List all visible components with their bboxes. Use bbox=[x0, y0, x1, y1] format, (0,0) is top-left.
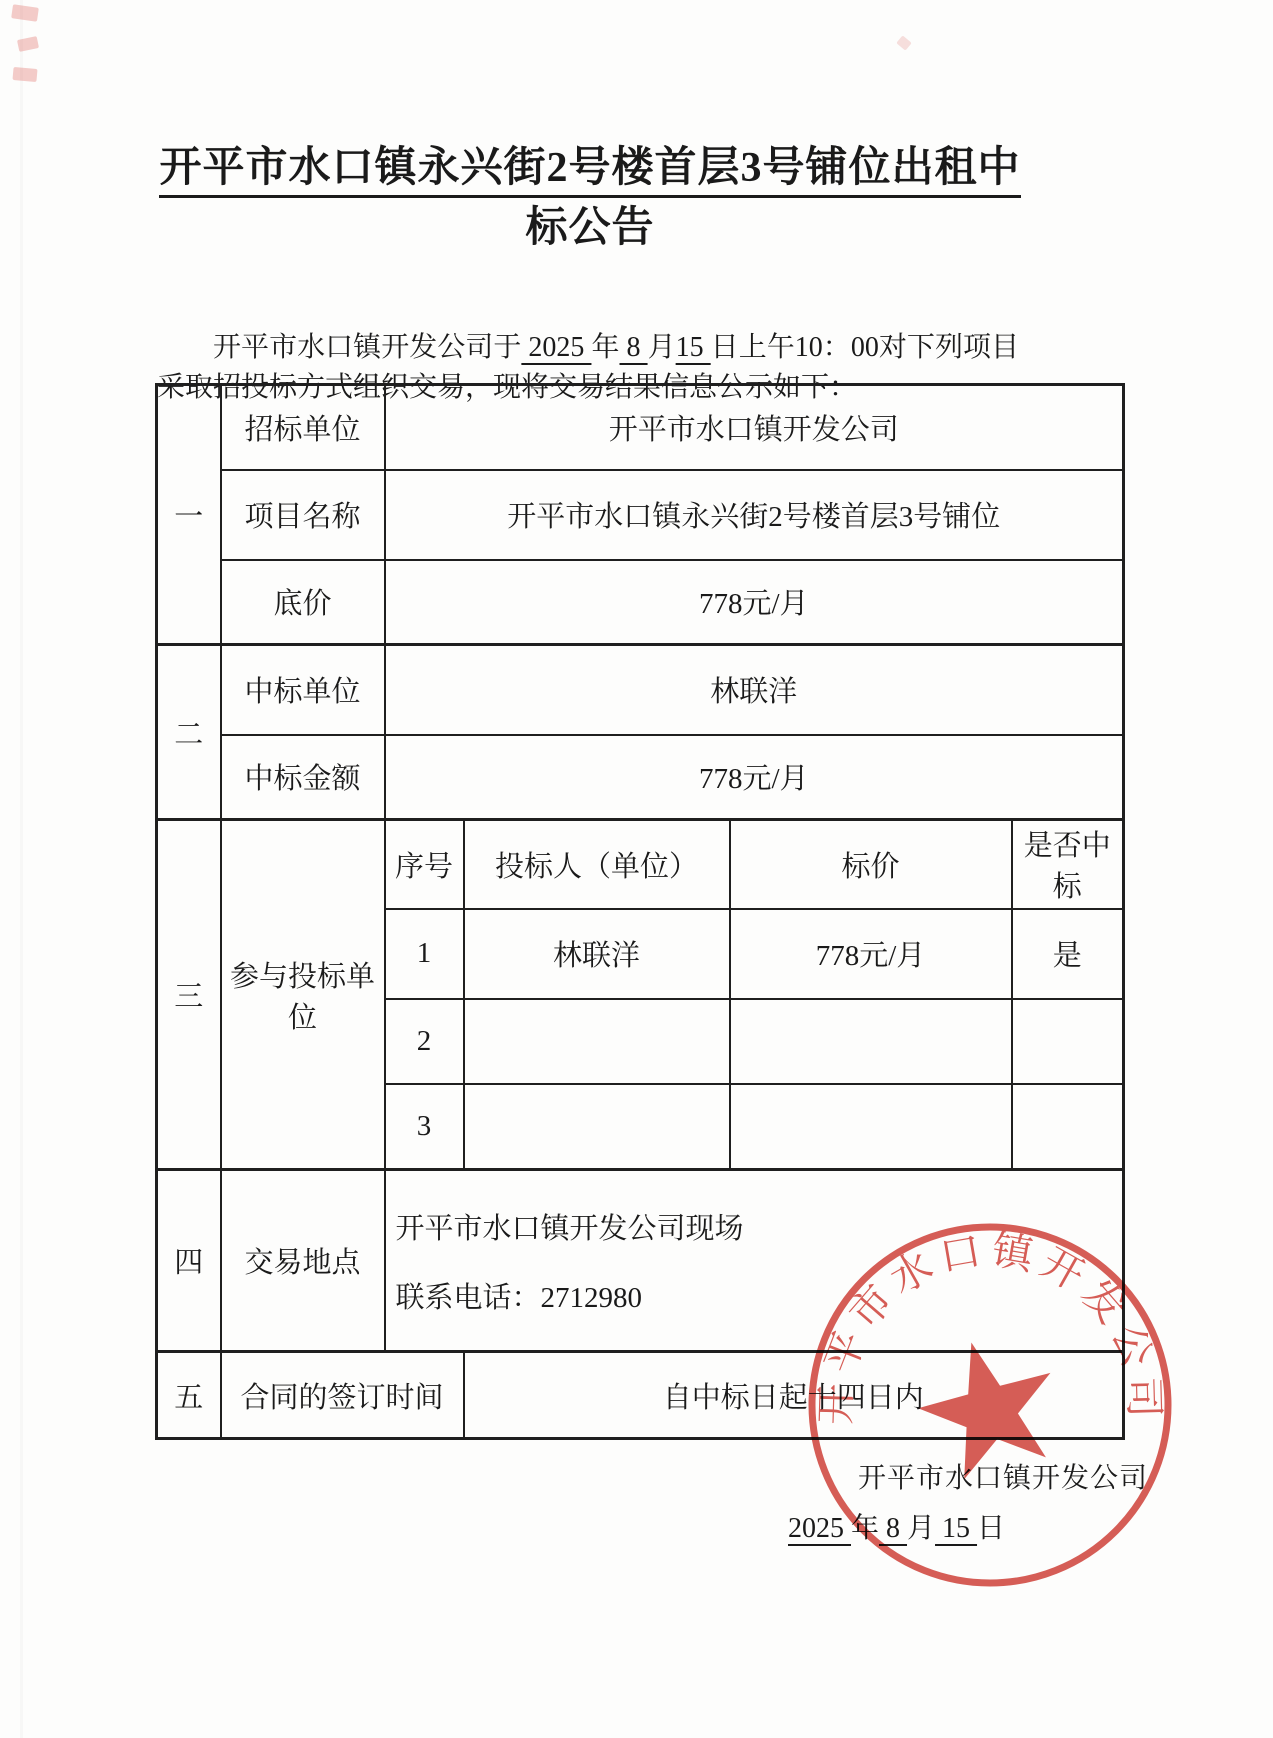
red-ink-artifact bbox=[896, 35, 912, 50]
signature-date: 2025 年 8 月 15 日 bbox=[788, 1506, 1005, 1546]
winner-label: 中标单位 bbox=[221, 645, 385, 735]
red-ink-artifact bbox=[11, 4, 39, 21]
subtable-header-no: 序号 bbox=[385, 820, 464, 909]
section-number-1: 一 bbox=[157, 385, 221, 645]
bidder-2-win bbox=[1012, 999, 1124, 1084]
table-row: 二 中标单位 林联洋 bbox=[157, 645, 1124, 735]
location-line2: 联系电话：2712980 bbox=[396, 1275, 643, 1316]
project-name-label: 项目名称 bbox=[221, 470, 385, 560]
subtable-header-price: 标价 bbox=[730, 820, 1012, 909]
table-row: 一 招标单位 开平市水口镇开发公司 bbox=[157, 385, 1124, 470]
signature-company: 开平市水口镇开发公司 bbox=[858, 1456, 1148, 1496]
red-ink-artifact bbox=[12, 67, 37, 82]
text-segment: 月 bbox=[907, 1513, 935, 1544]
text-segment: 年 bbox=[851, 1513, 879, 1544]
section-number-3: 三 bbox=[157, 820, 221, 1170]
section-number-5: 五 bbox=[157, 1352, 221, 1439]
title-line1: 开平市水口镇永兴街2号楼首层3号铺位出租中 bbox=[159, 145, 1020, 198]
title-line2: 标公告 bbox=[525, 205, 654, 251]
bid-unit-value: 开平市水口镇开发公司 bbox=[385, 385, 1124, 470]
win-amount-label: 中标金额 bbox=[221, 735, 385, 820]
underlined-segment: 15 bbox=[935, 1513, 977, 1544]
underlined-segment: 8 bbox=[620, 332, 648, 363]
bidder-2-name bbox=[464, 999, 730, 1084]
text-segment: 年 bbox=[591, 332, 619, 363]
subtable-header-win: 是否中标 bbox=[1012, 820, 1124, 909]
bidder-1-price: 778元/月 bbox=[730, 909, 1012, 999]
table-row: 项目名称 开平市水口镇永兴街2号楼首层3号铺位 bbox=[157, 470, 1124, 560]
contract-time-label: 合同的签订时间 bbox=[221, 1352, 464, 1439]
text-segment: 日 bbox=[977, 1513, 1005, 1544]
underlined-segment: 2025 bbox=[788, 1513, 851, 1544]
announcement-table: 一 招标单位 开平市水口镇开发公司 项目名称 开平市水口镇永兴街2号楼首层3号铺… bbox=[155, 383, 1125, 1440]
table-row: 底价 778元/月 bbox=[157, 560, 1124, 645]
table-row: 五 合同的签订时间 自中标日起十四日内 bbox=[157, 1352, 1124, 1439]
project-name-value: 开平市水口镇永兴街2号楼首层3号铺位 bbox=[385, 470, 1124, 560]
base-price-value: 778元/月 bbox=[385, 560, 1124, 645]
bidder-3-price bbox=[730, 1084, 1012, 1170]
win-amount-value: 778元/月 bbox=[385, 735, 1124, 820]
text-segment: 月 bbox=[648, 332, 676, 363]
location-line1: 开平市水口镇开发公司现场 bbox=[396, 1206, 744, 1247]
section-number-4: 四 bbox=[157, 1170, 221, 1352]
bidder-1-win: 是 bbox=[1012, 909, 1124, 999]
bidder-2-price bbox=[730, 999, 1012, 1084]
location-label: 交易地点 bbox=[221, 1170, 385, 1352]
location-value: 开平市水口镇开发公司现场 联系电话：2712980 bbox=[385, 1170, 1124, 1352]
underlined-segment: 8 bbox=[879, 1513, 907, 1544]
section-number-2: 二 bbox=[157, 645, 221, 820]
subtable-header-row: 三 参与投标单位 序号 投标人（单位） 标价 是否中标 bbox=[157, 820, 1124, 909]
winner-value: 林联洋 bbox=[385, 645, 1124, 735]
table-row: 中标金额 778元/月 bbox=[157, 735, 1124, 820]
document-title: 开平市水口镇永兴街2号楼首层3号铺位出租中 标公告 bbox=[60, 138, 1120, 258]
underlined-segment: 15 bbox=[676, 332, 711, 363]
red-ink-artifact bbox=[17, 36, 39, 52]
bidder-2-no: 2 bbox=[385, 999, 464, 1084]
table-row: 四 交易地点 开平市水口镇开发公司现场 联系电话：2712980 bbox=[157, 1170, 1124, 1352]
participants-label: 参与投标单位 bbox=[221, 820, 385, 1170]
base-price-label: 底价 bbox=[221, 560, 385, 645]
subtable-header-bidder: 投标人（单位） bbox=[464, 820, 730, 909]
scan-edge-artifact bbox=[20, 0, 23, 1738]
bidder-3-name bbox=[464, 1084, 730, 1170]
contract-time-value: 自中标日起十四日内 bbox=[464, 1352, 1124, 1439]
bidder-3-win bbox=[1012, 1084, 1124, 1170]
bid-unit-label: 招标单位 bbox=[221, 385, 385, 470]
bidder-1-no: 1 bbox=[385, 909, 464, 999]
bidder-3-no: 3 bbox=[385, 1084, 464, 1170]
text-segment: 开平市水口镇开发公司于 bbox=[213, 332, 521, 363]
underlined-segment: 2025 bbox=[521, 332, 591, 363]
bidder-1-name: 林联洋 bbox=[464, 909, 730, 999]
